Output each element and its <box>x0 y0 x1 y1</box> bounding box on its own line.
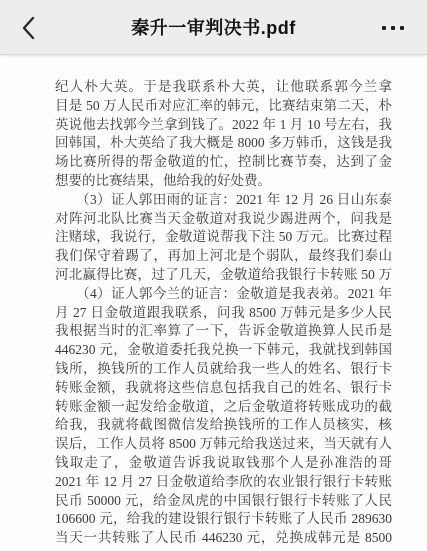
doc-line: （3）证人郭田雨的证言：2021 年 12 月 26 日山东泰山 <box>55 191 392 210</box>
back-button[interactable] <box>8 0 48 55</box>
doc-line: 民币 50000 元，给金凤虎的中国银行银行卡转账了人民币 <box>55 492 392 511</box>
doc-line: （4）证人郭今兰的证言：金敬道是我表弟。2021 年 12 <box>55 285 392 304</box>
doc-line: 钱取走了，金敬道告诉我说取钱那个人是孙准浩的哥哥。 <box>55 454 392 473</box>
doc-line: 钱所，换钱所的工作人员就给我一些人的姓名、银行卡号、 <box>55 360 392 379</box>
more-menu-button[interactable] <box>371 0 415 55</box>
doc-line: 我根据当时的汇率算了一下，告诉金敬道换算人民币是 <box>55 322 392 341</box>
pdf-page-text: 纪人朴大英。于是我联系朴大英，让他联系郭今兰拿钱，数目是 50 万人民币对应汇率… <box>0 55 427 548</box>
doc-line: 转账金额，我就将这些信息包括我自己的姓名、银行卡号、 <box>55 379 392 398</box>
pdf-viewer[interactable]: 纪人朴大英。于是我联系朴大英，让他联系郭今兰拿钱，数目是 50 万人民币对应汇率… <box>0 55 427 551</box>
doc-line: 纪人朴大英。于是我联系朴大英，让他联系郭今兰拿钱，数 <box>55 78 392 97</box>
doc-line: 回韩国，朴大英给了我大概是 8000 多万韩币，这钱是我这 <box>55 134 392 153</box>
doc-line: 英说他去找郭今兰拿到钱了。2022 年 1 月 10 号左右，我飞 <box>55 116 392 135</box>
doc-line: 2021 年 12 月 27 日金敬道给李欣的农业银行银行卡转账了人 <box>55 473 392 492</box>
doc-line: 场比赛所得的帮金敬道的忙，控制比赛节奏，达到了金敬道 <box>55 153 392 172</box>
chevron-left-icon <box>22 16 35 40</box>
doc-line: 月 27 日金敬道跟我联系，问我 8500 万韩元是多少人民币， <box>55 304 392 323</box>
doc-line: 转账金额一起发给金敬道，之后金敬道将转账成功的截图发 <box>55 398 392 417</box>
document-title: 秦升一审判决书.pdf <box>131 14 296 40</box>
doc-line: 446230 元，金敬道委托我兑换一下韩元，我就找到韩国的换 <box>55 341 392 360</box>
doc-line: 对阵河北队比赛当天金敬道对我说少踢进两个，问我是否下 <box>55 210 392 229</box>
more-dots-icon <box>382 26 404 30</box>
doc-line: 当天一共转账了人民币 446230 元，兑换成韩元是 8500 万。 <box>55 529 392 548</box>
doc-line: 我们保守着踢了，再加上河北是个弱队，最终我们泰山 2:0 <box>55 247 392 266</box>
doc-line: 给我，我就将截图微信发给换钱所的工作人员核实，核实无 <box>55 416 392 435</box>
doc-line: 想要的比赛结果，他给我的好处费。 <box>55 172 392 191</box>
navigation-bar: 秦升一审判决书.pdf <box>0 0 427 55</box>
doc-line: 106600 元，给我的建设银行银行卡转账了人民币 289630 元， <box>55 510 392 529</box>
doc-line: 目是 50 万人民币对应汇率的韩元，比赛结束第二天，朴大 <box>55 97 392 116</box>
doc-line: 误后，工作人员将 8500 万韩元给我送过来，当天就有人把 <box>55 435 392 454</box>
doc-line: 河北赢得比赛，过了几天，金敬道给我银行卡转账 50 万元。 <box>55 266 392 285</box>
doc-line: 注赌球，我说行，金敬道说帮我下注 50 万元。比赛过程中， <box>55 228 392 247</box>
